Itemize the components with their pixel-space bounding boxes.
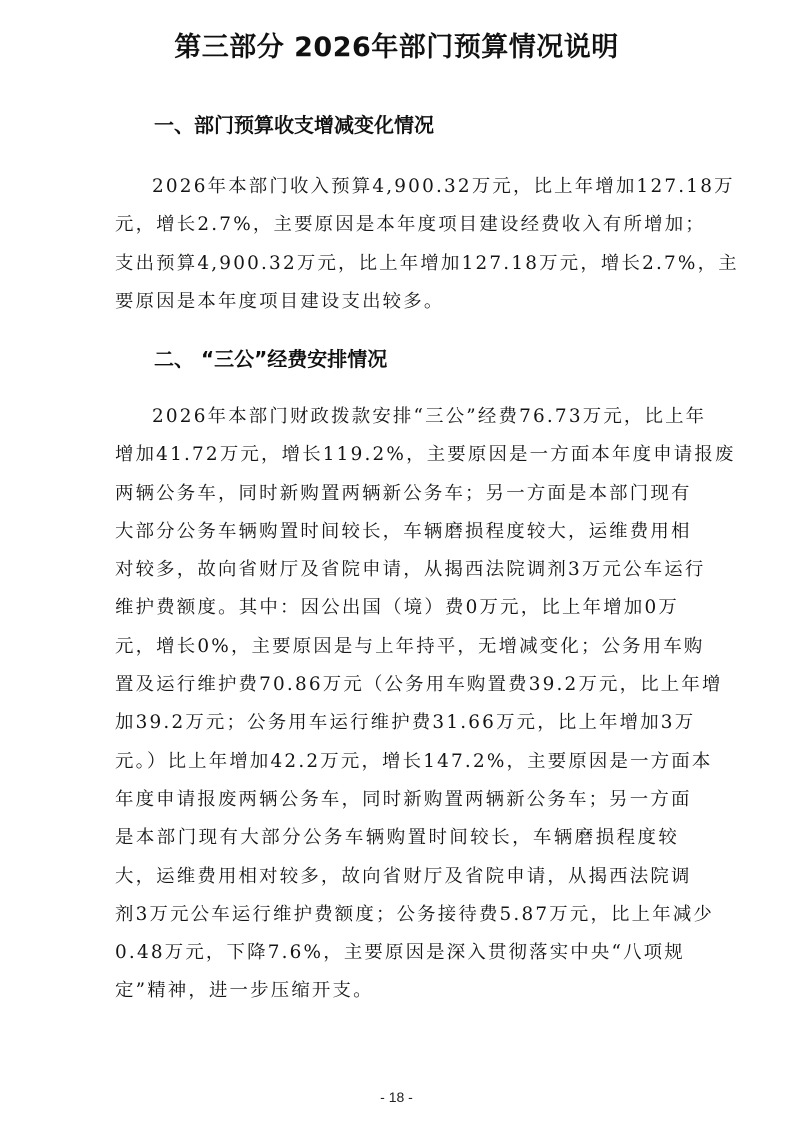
paragraph-line: 对较多，故向省财厅及省院申请，从揭西法院调剂3万元公车运行 xyxy=(115,551,679,589)
paragraph-line: 两辆公务车，同时新购置两辆新公务车；另一方面是本部门现有 xyxy=(115,475,679,513)
paragraph-line: 是本部门现有大部分公务车辆购置时间较长，车辆磨损程度较 xyxy=(115,819,679,857)
paragraph-line: 大部分公务车辆购置时间较长，车辆磨损程度较大，运维费用相 xyxy=(115,513,679,551)
paragraph-line: 维护费额度。其中：因公出国（境）费0万元，比上年增加0万 xyxy=(115,589,679,627)
paragraph-line: 元。）比上年增加42.2万元，增长147.2%，主要原因是一方面本 xyxy=(115,743,679,781)
page-title: 第三部分 2026年部门预算情况说明 xyxy=(0,30,793,66)
section-heading-three-public-expenses: 二、 “三公”经费安排情况 xyxy=(154,345,387,373)
paragraph-line: 要原因是本年度项目建设支出较多。 xyxy=(115,283,679,321)
paragraph-line: 年度申请报废两辆公务车，同时新购置两辆新公务车；另一方面 xyxy=(115,781,679,819)
paragraph-line: 支出预算4,900.32万元，比上年增加127.18万元，增长2.7%，主 xyxy=(115,245,679,283)
section-heading-budget-changes: 一、部门预算收支增减变化情况 xyxy=(154,111,434,139)
paragraph-line: 0.48万元，下降7.6%，主要原因是深入贯彻落实中央“八项规 xyxy=(115,934,679,972)
paragraph-line: 置及运行维护费70.86万元（公务用车购置费39.2万元，比上年增 xyxy=(115,666,679,704)
paragraph-line: 元，增长0%，主要原因是与上年持平，无增减变化；公务用车购 xyxy=(115,628,679,666)
paragraph-line: 元，增长2.7%，主要原因是本年度项目建设经费收入有所增加； xyxy=(115,206,679,244)
paragraph-line: 剂3万元公车运行维护费额度；公务接待费5.87万元，比上年减少 xyxy=(115,896,679,934)
document-page: 第三部分 2026年部门预算情况说明 一、部门预算收支增减变化情况 2026年本… xyxy=(0,0,793,1122)
paragraph-line: 加39.2万元；公务用车运行维护费31.66万元，比上年增加3万 xyxy=(115,704,679,742)
paragraph-line: 2026年本部门收入预算4,900.32万元，比上年增加127.18万 xyxy=(115,168,679,206)
paragraph-line: 定”精神，进一步压缩开支。 xyxy=(115,972,679,1010)
paragraph-budget-changes: 2026年本部门收入预算4,900.32万元，比上年增加127.18万 元，增长… xyxy=(115,168,679,321)
page-number: - 18 - xyxy=(0,1089,793,1105)
paragraph-line: 增加41.72万元，增长119.2%，主要原因是一方面本年度申请报废 xyxy=(115,436,679,474)
paragraph-line: 大，运维费用相对较多，故向省财厅及省院申请，从揭西法院调 xyxy=(115,858,679,896)
paragraph-three-public-expenses: 2026年本部门财政拨款安排“三公”经费76.73万元，比上年 增加41.72万… xyxy=(115,398,679,1011)
paragraph-line: 2026年本部门财政拨款安排“三公”经费76.73万元，比上年 xyxy=(115,398,679,436)
